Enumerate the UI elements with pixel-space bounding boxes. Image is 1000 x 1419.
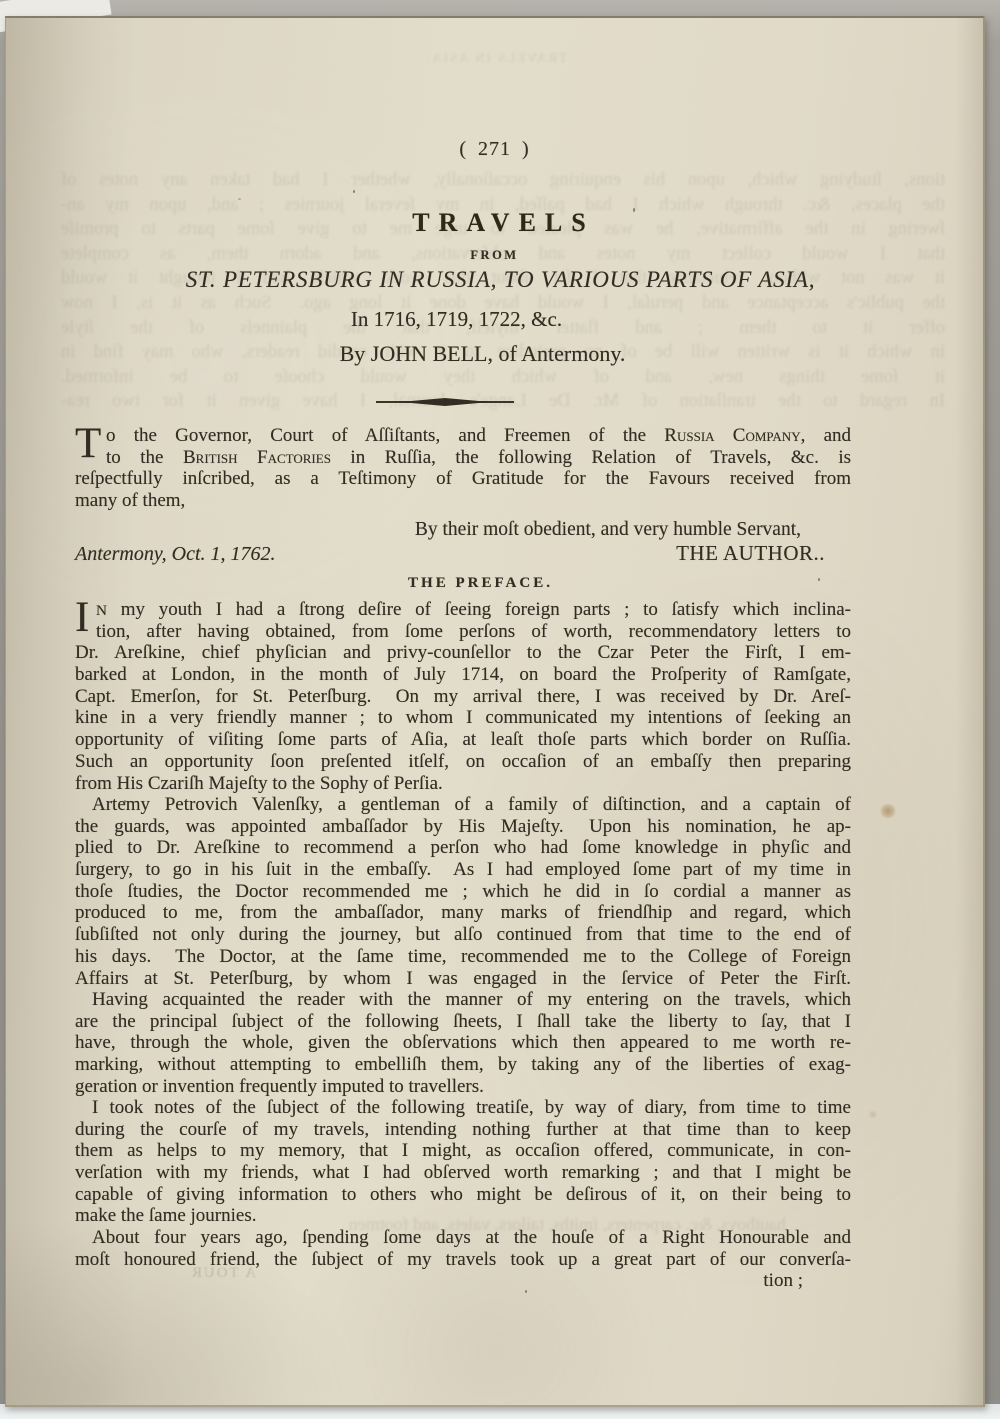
text-line: plied to Dr. Areſkine to recommend a per… — [75, 837, 851, 859]
ink-speck — [633, 208, 635, 212]
book-page: TRAVELS IN ASIA. tions, ſtudying which, … — [5, 16, 985, 1407]
dedication-dropcap: T — [75, 422, 101, 465]
text-line: thoſe ſtudies, the Doctor recommended me… — [75, 881, 851, 903]
preface-paragraph-3: Having acquainted the reader with the ma… — [75, 989, 851, 1097]
text-line: from His Czariſh Majeſty to the Sophy of… — [75, 773, 851, 795]
title-from-label: FROM — [6, 248, 983, 263]
text-line: tions, ſtudying which, upon his enquirin… — [61, 168, 945, 193]
title-years-line: In 1716, 1719, 1722, &c. — [0, 307, 945, 332]
text-line: Affairs at St. Peterſburg, by whom I was… — [75, 968, 851, 990]
text-segment: British Factories — [183, 447, 331, 468]
text-segment: my youth I had a ſtrong deſire of ſeeing… — [107, 599, 851, 620]
ink-speck — [525, 1290, 527, 1293]
place-date: Antermony, Oct. 1, 1762. — [75, 543, 276, 566]
foxing-spot — [880, 804, 896, 818]
bleed-through-running-head: TRAVELS IN ASIA. — [156, 50, 836, 66]
preface-paragraph-5: About four years ago, ſpending ſome days… — [75, 1227, 851, 1270]
book-title: TRAVELS — [6, 208, 992, 238]
ink-speck — [818, 578, 820, 581]
dedication-paragraph: T o the Governor, Court of Aſſiſtants, a… — [75, 425, 851, 512]
text-segment: N — [96, 602, 107, 619]
text-line: Dr. Areſkine, chief phyſician and privy-… — [75, 642, 851, 664]
text-line: make the ſame journies. — [75, 1205, 851, 1227]
foxing-spot — [868, 1110, 878, 1119]
text-line: during the courſe of my travels, intendi… — [75, 1119, 851, 1141]
text-line: ſubſiſted not only during the journey, b… — [75, 924, 851, 946]
text-line: reſpectfully inſcribed, as a Teſtimony o… — [75, 468, 851, 490]
text-line: About four years ago, ſpending ſome days… — [75, 1227, 851, 1249]
text-line: verſation with my friends, what I had ob… — [75, 1162, 851, 1184]
text-line: capable of giving information to others … — [75, 1184, 851, 1206]
text-line: barked at London, in the month of July 1… — [75, 664, 851, 686]
text-line: Artemy Petrovich Valenſky, a gentleman o… — [75, 794, 851, 816]
swelled-rule-ornament — [376, 398, 514, 406]
text-line: Capt. Emerſon, for St. Peterſburg. On my… — [75, 686, 851, 708]
catchword: tion ; — [75, 1270, 851, 1292]
photograph-of-book-page: { "colors": {"paper":"#e1dac8","ink":"#3… — [0, 0, 1000, 1419]
text-line: them as helps to my memory, that I might… — [75, 1140, 851, 1162]
ink-speck — [353, 190, 355, 193]
text-segment: , and — [801, 425, 851, 446]
text-line: marking, without attempting to embelliſh… — [75, 1054, 851, 1076]
text-line: Having acquainted the reader with the ma… — [75, 989, 851, 1011]
dedication-servant-line: By their moſt obedient, and very humble … — [75, 519, 851, 541]
book-subtitle: ST. PETERSBURG IN RUSSIA, TO VARIOUS PAR… — [12, 267, 989, 293]
text-line: have, through the whole, given the obſer… — [75, 1032, 851, 1054]
dedication-signature-row: Antermony, Oct. 1, 1762. THE AUTHOR.. — [75, 541, 851, 566]
author-signature: THE AUTHOR.. — [676, 541, 825, 566]
text-line: are the principal ſubject of the followi… — [75, 1011, 851, 1033]
text-line: I took notes of the ſubject of the follo… — [75, 1097, 851, 1119]
text-segment: o the Governor, Court of Aſſiſtants, and… — [106, 425, 664, 446]
text-line: to the British Factories in Ruſſia, the … — [75, 447, 851, 469]
ink-speck — [124, 800, 126, 803]
text-line: moſt honoured friend, the ſubject of my … — [75, 1249, 851, 1271]
text-segment: Russia Company — [664, 425, 800, 446]
text-line: produced to me, from the ambaſſador, man… — [75, 902, 851, 924]
text-line: kine in a very friendly manner ; to whom… — [75, 707, 851, 729]
rule-swell-diamond — [400, 398, 490, 406]
text-line: his days. The Doctor, at the ſame time, … — [75, 946, 851, 968]
text-line: it ſome things new, and of which they wo… — [61, 365, 945, 390]
page-number: ( 271 ) — [6, 138, 983, 161]
text-segment: in Ruſſia, the following Relation of Tra… — [331, 447, 851, 468]
text-line: opportunity of viſiting ſome parts of Aſ… — [75, 729, 851, 751]
text-line: the guards, was appointed ambaſſador by … — [75, 816, 851, 838]
text-segment: to the — [106, 447, 183, 468]
text-line: N my youth I had a ſtrong deſire of ſeei… — [75, 599, 851, 621]
preface-paragraph-2: Artemy Petrovich Valenſky, a gentleman o… — [75, 794, 851, 989]
preface-dropcap: I — [75, 596, 89, 639]
preface-heading: THE PREFACE. — [0, 575, 969, 592]
text-line: many of them, — [75, 490, 851, 512]
preface-paragraph-1: I N my youth I had a ſtrong deſire of ſe… — [75, 599, 851, 794]
text-line: o the Governor, Court of Aſſiſtants, and… — [75, 425, 851, 447]
text-line: ſurgery, to go in his ſuit in the embaſſ… — [75, 859, 851, 881]
preface-paragraph-4: I took notes of the ſubject of the follo… — [75, 1097, 851, 1227]
text-line: tion, after having obtained, from ſome p… — [75, 621, 851, 643]
text-line: geration or invention frequently imputed… — [75, 1076, 851, 1098]
text-line: Such an opportunity ſoon preſented itſel… — [75, 751, 851, 773]
author-byline: By JOHN BELL, of Antermony. — [0, 341, 971, 367]
ink-speck — [238, 198, 241, 200]
